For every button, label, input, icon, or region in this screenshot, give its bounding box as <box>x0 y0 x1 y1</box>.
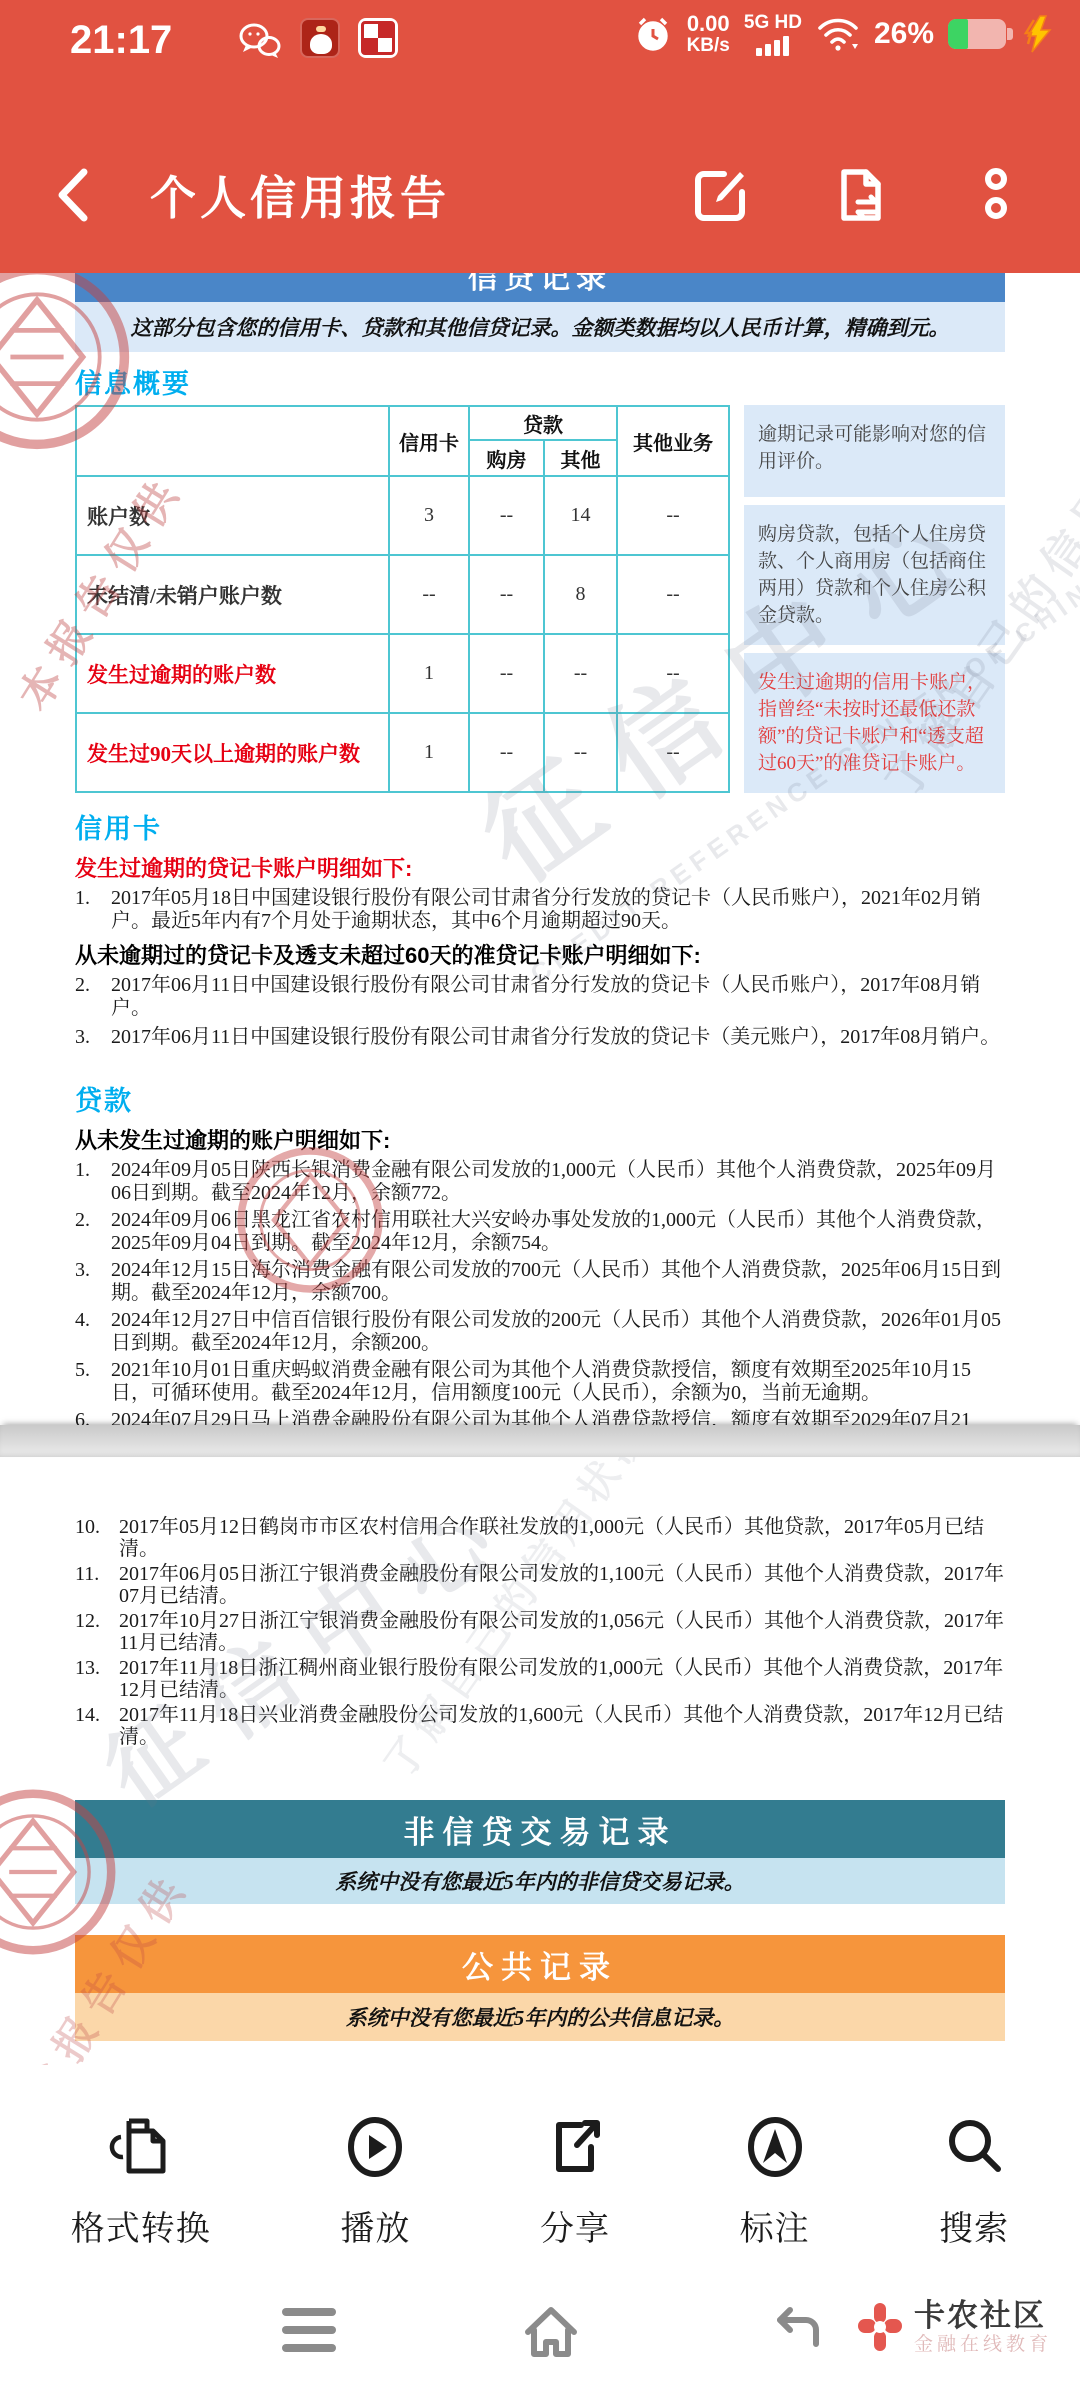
status-time: 21:17 <box>70 18 172 63</box>
more-options-icon[interactable] <box>978 166 1014 224</box>
home-button[interactable] <box>520 2304 582 2360</box>
back-nav-button[interactable] <box>766 2304 826 2358</box>
toolbar-label: 标注 <box>740 2201 810 2250</box>
summary-col-loan: 贷款 <box>469 406 617 440</box>
annotate-button[interactable]: 标注 <box>740 2115 810 2250</box>
cell-other-loan: 8 <box>544 555 617 634</box>
play-icon <box>343 2115 407 2179</box>
row-label: 发生过逾期的账户数 <box>76 634 389 713</box>
summary-note: 发生过逾期的信用卡账户，指曾经“未按时还最低还款额”的贷记卡账户和“透支超过60… <box>744 653 1005 793</box>
summary-notes: 逾期记录可能影响对您的信用评价。 购房贷款，包括个人住房贷款、个人商用房（包括商… <box>744 405 1005 793</box>
cell-credit-card: 1 <box>389 634 469 713</box>
document-toolbar: 格式转换 播放 分享 标注 <box>0 2065 1080 2290</box>
alarm-clock-icon <box>633 14 673 54</box>
brand-name: 卡农社区 <box>914 2298 1052 2334</box>
brand-logo-icon <box>856 2301 904 2353</box>
summary-table-row: 发生过逾期的账户数 1 -- -- -- <box>76 634 729 713</box>
cell-other-loan: -- <box>544 634 617 713</box>
app-top-bar: 21:17 0.00 KB/s 5G HD <box>0 0 1080 273</box>
section-description-text: 这部分包含您的信用卡、贷款和其他信贷记录。金额类数据均以人民币计算，精确到元。 <box>131 312 950 342</box>
loans-list-continued: 10.2017年05月12日鹤岗市市区农村信用合作联社发放的1,000元（人民币… <box>75 1516 1005 1748</box>
toolbar-label: 搜索 <box>939 2201 1009 2250</box>
network-speed-unit: KB/s <box>687 36 730 56</box>
summary-note: 逾期记录可能影响对您的信用评价。 <box>744 405 1005 497</box>
noncredit-section: 非信贷交易记录 系统中没有您最近5年内的非信贷交易记录。 <box>75 1800 1005 1904</box>
cell-house-loan: -- <box>469 555 544 634</box>
summary-table-row: 发生过90天以上逾期的账户数 1 -- -- -- <box>76 713 729 792</box>
cell-house-loan: -- <box>469 476 544 555</box>
cell-other-business: -- <box>617 713 729 792</box>
section-description: 这部分包含您的信用卡、贷款和其他信贷记录。金额类数据均以人民币计算，精确到元。 <box>75 302 1005 352</box>
credit-report-document[interactable]: 本报告仅供 征信中心 CREDIT REFERENCE CENTER OF CH… <box>0 0 1080 2065</box>
overdue-card-list: 1.2017年05月18日中国建设银行股份有限公司甘肃省分行发放的贷记卡（人民币… <box>75 887 1005 933</box>
public-records-body: 系统中没有您最近5年内的公共信息记录。 <box>75 1993 1005 2041</box>
battery-icon <box>948 19 1006 49</box>
format-convert-button[interactable]: 格式转换 <box>71 2115 211 2250</box>
list-item: 6.2024年07月29日马上消费金融股份有限公司为其他个人消费贷款授信，额度有… <box>75 1409 1005 1425</box>
page-title: 个人信用报告 <box>150 162 450 228</box>
list-item: 2.2024年09月06日黑龙江省农村信用联社大兴安岭办事处发放的1,000元（… <box>75 1209 1005 1255</box>
brand-tagline: 金融在线教育 <box>914 2334 1052 2356</box>
charging-bolt-icon <box>1020 14 1060 54</box>
share-button[interactable]: 分享 <box>540 2115 610 2250</box>
list-item: 12.2017年10月27日浙江宁银消费金融股份有限公司发放的1,056元（人民… <box>75 1610 1005 1654</box>
summary-table-row: 账户数 3 -- 14 -- <box>76 476 729 555</box>
signal-bars-icon: 5G HD <box>744 12 802 56</box>
page-separator <box>0 1425 1080 1457</box>
list-item: 1.2017年05月18日中国建设银行股份有限公司甘肃省分行发放的贷记卡（人民币… <box>75 887 1005 933</box>
search-icon <box>942 2115 1006 2179</box>
network-type-label: 5G HD <box>744 12 802 34</box>
network-speed: 0.00 KB/s <box>687 12 730 55</box>
cell-other-business: -- <box>617 476 729 555</box>
system-navigation-bar: 卡农社区 金融在线教育 <box>0 2290 1080 2388</box>
clean-card-list: 2.2017年06月11日中国建设银行股份有限公司甘肃省分行发放的贷记卡（人民币… <box>75 974 1005 1049</box>
row-label: 未结清/未销户账户数 <box>76 555 389 634</box>
public-records-section: 公共记录 系统中没有您最近5年内的公共信息记录。 <box>75 1935 1005 2041</box>
summary-col-other: 其他 <box>544 440 617 476</box>
noncredit-body: 系统中没有您最近5年内的非信贷交易记录。 <box>75 1858 1005 1904</box>
watermark-brand: 卡农社区 金融在线教育 <box>856 2298 1052 2355</box>
report-page-2: 征信中心 了解自己的信用状况 本报告仅供 10.2017年05月12日鹤岗市市区… <box>0 1457 1080 2065</box>
cell-credit-card: -- <box>389 555 469 634</box>
list-item: 3.2024年12月15日海尔消费金融有限公司发放的700元（人民币）其他个人消… <box>75 1259 1005 1305</box>
credit-card-heading: 信用卡 <box>75 807 1005 846</box>
summary-col-house: 购房 <box>469 440 544 476</box>
list-item: 11.2017年06月05日浙江宁银消费金融股份有限公司发放的1,100元（人民… <box>75 1563 1005 1607</box>
list-item: 4.2024年12月27日中信百信银行股份有限公司发放的200元（人民币）其他个… <box>75 1309 1005 1355</box>
summary-table-row: 未结清/未销户账户数 -- -- 8 -- <box>76 555 729 634</box>
play-button[interactable]: 播放 <box>340 2115 410 2250</box>
list-item: 14.2017年11月18日兴业消费金融股份公司发放的1,600元（人民币）其他… <box>75 1704 1005 1748</box>
toolbar-label: 格式转换 <box>71 2201 211 2250</box>
cell-other-loan: 14 <box>544 476 617 555</box>
loans-heading: 贷款 <box>75 1079 1005 1118</box>
cell-other-business: -- <box>617 555 729 634</box>
summary-col-empty <box>76 406 389 476</box>
public-records-banner: 公共记录 <box>75 1935 1005 1993</box>
list-item: 13.2017年11月18日浙江稠州商业银行股份有限公司发放的1,000元（人民… <box>75 1657 1005 1701</box>
edit-icon[interactable] <box>690 164 752 226</box>
list-item: 10.2017年05月12日鹤岗市市区农村信用合作联社发放的1,000元（人民币… <box>75 1516 1005 1560</box>
network-speed-value: 0.00 <box>687 12 730 35</box>
noncredit-banner: 非信贷交易记录 <box>75 1800 1005 1858</box>
back-button[interactable] <box>52 166 92 224</box>
document-convert-icon[interactable] <box>830 164 892 226</box>
list-item: 1.2024年09月05日陕西长银消费金融有限公司发放的1,000元（人民币）其… <box>75 1159 1005 1205</box>
app-icon <box>358 18 398 58</box>
list-item: 2.2017年06月11日中国建设银行股份有限公司甘肃省分行发放的贷记卡（人民币… <box>75 974 1005 1020</box>
list-item: 5.2021年10月01日重庆蚂蚁消费金融有限公司为其他个人消费贷款授信，额度有… <box>75 1359 1005 1405</box>
cell-credit-card: 3 <box>389 476 469 555</box>
share-icon <box>543 2115 607 2179</box>
row-label: 发生过90天以上逾期的账户数 <box>76 713 389 792</box>
battery-percent: 26% <box>874 17 934 51</box>
search-button[interactable]: 搜索 <box>939 2115 1009 2250</box>
app-icon <box>300 18 340 58</box>
cell-credit-card: 1 <box>389 713 469 792</box>
app-header: 个人信用报告 <box>0 150 1080 240</box>
summary-col-credit-card: 信用卡 <box>389 406 469 476</box>
toolbar-label: 分享 <box>540 2201 610 2250</box>
summary-col-other-business: 其他业务 <box>617 406 729 476</box>
clean-card-title: 从未逾期过的贷记卡及透支未超过60天的准贷记卡账户明细如下: <box>75 939 1005 970</box>
cell-other-business: -- <box>617 634 729 713</box>
loans-clean-title: 从未发生过逾期的账户明细如下: <box>75 1124 1005 1155</box>
wechat-icon <box>236 20 282 62</box>
summary-note: 购房贷款，包括个人住房贷款、个人商用房（包括商住两用）贷款和个人住房公积金贷款。 <box>744 505 1005 645</box>
list-item: 3.2017年06月11日中国建设银行股份有限公司甘肃省分行发放的贷记卡（美元账… <box>75 1026 1005 1049</box>
cell-house-loan: -- <box>469 713 544 792</box>
overdue-card-title: 发生过逾期的贷记卡账户明细如下: <box>75 852 1005 883</box>
format-convert-icon <box>109 2115 173 2179</box>
loans-list: 1.2024年09月05日陕西长银消费金融有限公司发放的1,000元（人民币）其… <box>75 1159 1005 1425</box>
cell-other-loan: -- <box>544 713 617 792</box>
summary-table: 信用卡 贷款 其他业务 购房 其他 账户数 <box>75 405 730 793</box>
summary-heading: 信息概要 <box>75 362 1005 401</box>
annotate-icon <box>743 2115 807 2179</box>
row-label: 账户数 <box>76 476 389 555</box>
toolbar-label: 播放 <box>340 2201 410 2250</box>
menu-button[interactable] <box>278 2304 340 2356</box>
wifi-icon <box>816 16 860 52</box>
cell-house-loan: -- <box>469 634 544 713</box>
